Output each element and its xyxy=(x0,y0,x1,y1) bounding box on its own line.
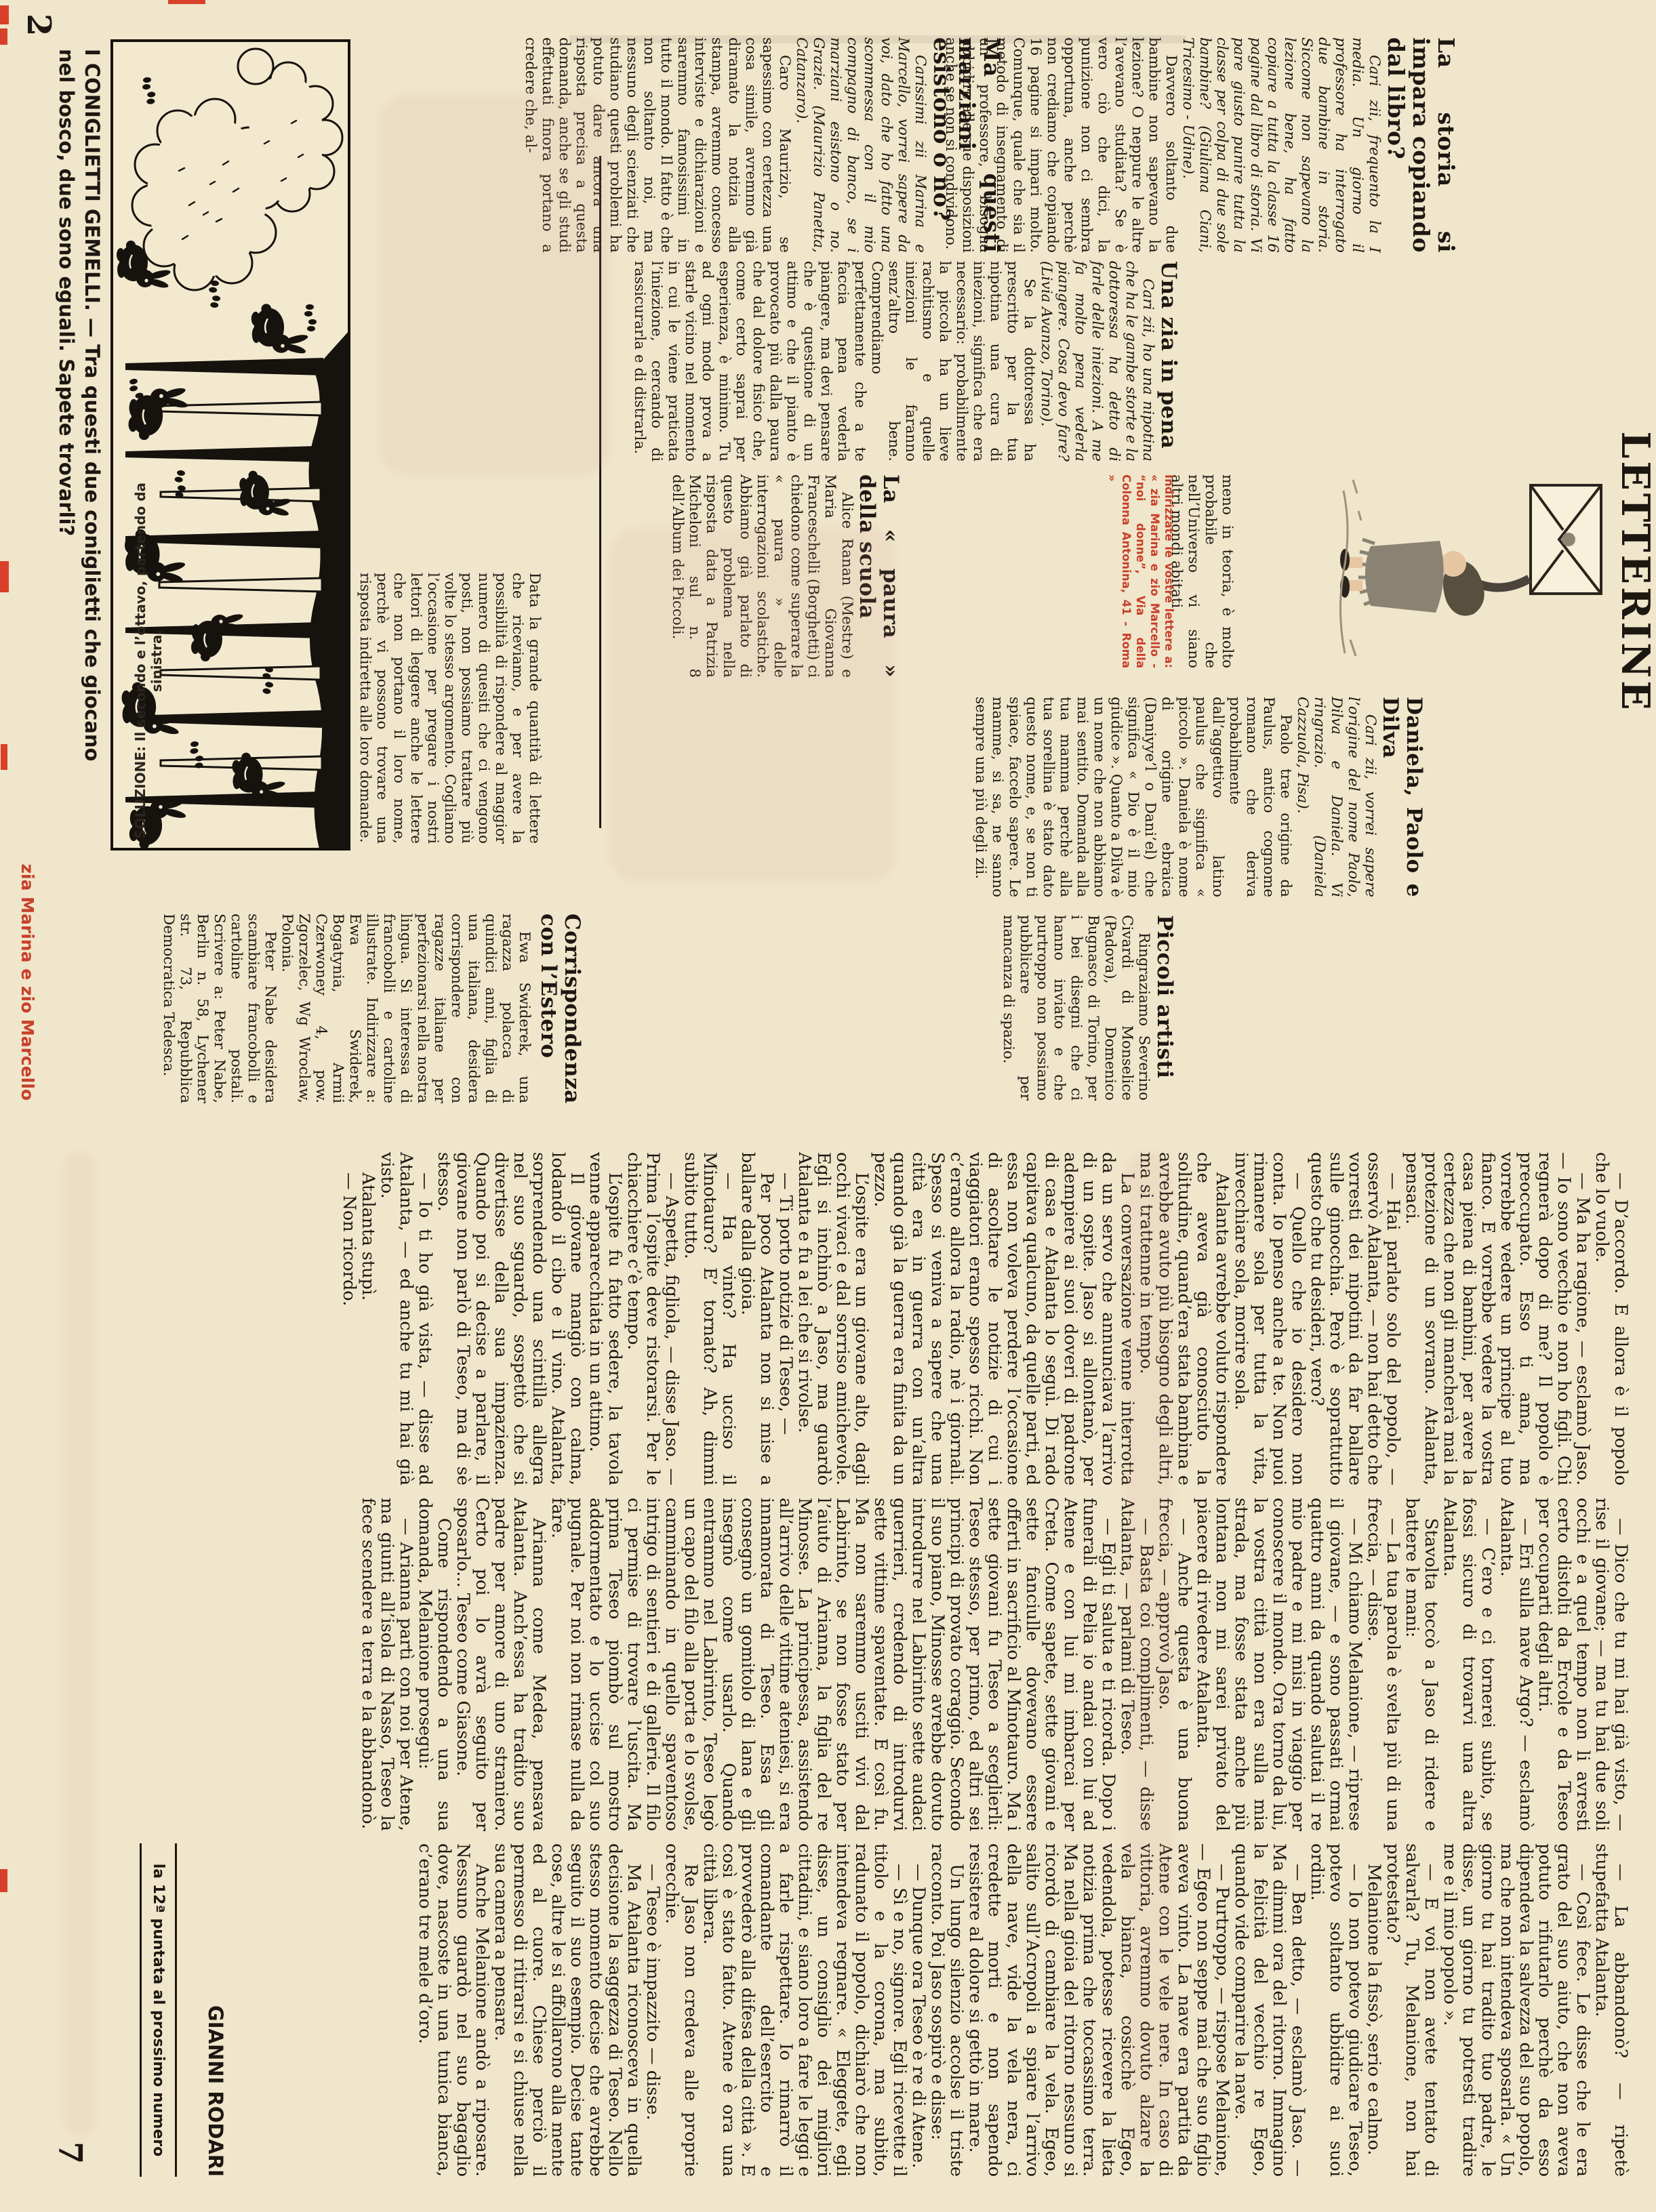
paragraph: — Ben detto, — esclamò Jaso. — Ma dimmi … xyxy=(1232,1843,1308,2177)
print-registration-mark xyxy=(0,561,9,592)
article-marziani-continuation: meno in teoria, è molto probabile che ne… xyxy=(1168,474,1236,668)
paragraph: — Arianna partì con noi per Atene, ma gi… xyxy=(359,1498,416,1831)
article-piccoli-headline: Piccoli artisti xyxy=(1152,915,1176,1101)
paragraph: — Aspetta, figliola, — disse Jaso. — Pri… xyxy=(624,1152,681,1486)
next-issue-notice: la 12ª puntata al prossimo numero xyxy=(140,1843,177,2177)
page-number-7: 7 xyxy=(51,2142,89,2164)
paragraph: — Purtroppo, — rispose Melanione, — Egeo… xyxy=(966,1843,1232,2177)
article-paura-continuation: Data la grande quantità di lettere che r… xyxy=(357,573,543,844)
masthead-address: Indirizzate le vostre lettere a: « zia M… xyxy=(1105,474,1176,668)
paragraph: — Ma ha ragione, — esclamò Jaso. — Io so… xyxy=(1402,1152,1592,1486)
paragraph: — Eri sulla nave Argo? — esclamò Atalant… xyxy=(1497,1498,1535,1831)
paragraph: Arianna come Medea, pensava Atalanta. An… xyxy=(453,1498,548,1831)
page-showthrough-ghost xyxy=(1125,1152,1173,2155)
paragraph: — La abbandonò? — ripetè stupefatta Atal… xyxy=(1592,1843,1630,2177)
magazine-scan: LETTERINE xyxy=(0,0,1656,2212)
article-piccoli-body: Ringraziamo Severino Civardi di Monselic… xyxy=(1000,915,1152,1101)
article-daniela-letter: Cari zii, vorrei sapere l’origine del no… xyxy=(1294,697,1379,897)
print-registration-mark xyxy=(1,744,7,770)
paragraph: — Dico che tu mi hai già visto, — rise i… xyxy=(1535,1498,1630,1831)
paragraph: Ma Atalanta riconosceva in quella decisi… xyxy=(491,1843,643,2177)
article-piccoli: Piccoli artisti Ringraziamo Severino Civ… xyxy=(1000,915,1176,1101)
paragraph: — Egli ti saluta e ti ricorda. Dopo i fu… xyxy=(548,1498,1118,1831)
page-showthrough-ghost xyxy=(380,95,610,474)
paragraph: Re Jaso non credeva alle proprie orecchi… xyxy=(662,1843,700,2177)
paragraph: L’ospite era un giovane alto, dagli occh… xyxy=(795,1152,871,1486)
paragraph: Stavolta toccò a Jaso di ridere e batter… xyxy=(1402,1498,1440,1831)
paragraph: Anche Melanione andò a riposare. Nessuno… xyxy=(416,1843,491,2177)
paragraph: Come rispondendo a una sua domanda, Mela… xyxy=(416,1498,453,1831)
article-daniela-headline: Daniela, Paolo e Dilva xyxy=(1379,697,1426,897)
letterine-masthead: LETTERINE xyxy=(1339,426,1655,718)
paragraph: Il giovane mangiò con calma, lodando il … xyxy=(435,1152,586,1486)
mail-boy-illustration xyxy=(1339,470,1611,674)
paragraph: — Mi chiamo Melanione, — riprese il giov… xyxy=(1194,1498,1365,1831)
article-marziani-headline: Ma questi marziani esistono o no? xyxy=(929,37,1004,253)
paragraph: — E voi non avete tentato di salvarla? T… xyxy=(1384,1843,1440,2177)
masthead-title: LETTERINE xyxy=(1616,426,1655,718)
page-number-2: 2 xyxy=(20,14,58,36)
paragraph: Atalanta stupì. xyxy=(359,1152,378,1486)
scan-artifact-streak xyxy=(569,35,1186,43)
paragraph: — Sì e no, signore. Egli ricevette il ti… xyxy=(700,1843,909,2177)
puzzle-caption: I CONIGLIETTI GEMELLI. — Tra questi due … xyxy=(54,49,105,786)
article-storia-headline: La storia si impara copiando dal libro? xyxy=(1383,37,1458,253)
article-zia: Una zia in pena Cari zii, ho una nipotin… xyxy=(631,261,1180,462)
page-showthrough-ghost xyxy=(610,529,895,881)
paragraph: Un lungo silenzio accolse il triste racc… xyxy=(928,1843,966,2177)
article-zia-response: Se la dottoressa ha prescritto per la tu… xyxy=(631,261,1038,462)
paragraph: — D’accordo. E allora è il popolo che lo… xyxy=(1592,1152,1630,1486)
article-daniela-response: Paolo trae origine da Paulus, antico cog… xyxy=(972,697,1294,897)
paragraph: Per poco Atalanta non si mise a ballare … xyxy=(738,1152,776,1486)
article-zia-letter: Cari zii, ho una nipotina che ha le gamb… xyxy=(1038,261,1156,462)
paragraph: — Io non potevo giudicare Teseo, potevo … xyxy=(1308,1843,1365,2177)
paragraph: — Io ti ho già vista, — disse ad Atalant… xyxy=(378,1152,435,1486)
paragraph: Melanione la fissò, serio e calmo. xyxy=(1365,1843,1384,2177)
paragraph: — Dunque ora Teseo è re di Atene. xyxy=(909,1843,928,2177)
paragraph: — Ti porto notizie di Teseo, — xyxy=(776,1152,795,1486)
paragraph: L’ospite fu fatto sedere, la tavola venn… xyxy=(586,1152,624,1486)
paragraph: — Quello che io desidero non conta. Io p… xyxy=(1232,1152,1308,1486)
paragraph: — Così fece. Le disse che le era grato d… xyxy=(1440,1843,1592,2177)
article-zia-headline: Una zia in pena xyxy=(1156,261,1180,462)
article-marziani-letter: Carissimi zii Marina e Marcello, vorrei … xyxy=(793,37,929,253)
uncles-signature: zia Marina e zio Marcello xyxy=(18,855,37,1101)
page-7: — D’accordo. E allora è il popolo che lo… xyxy=(0,1106,1656,2212)
paragraph: — Non ricordo. xyxy=(340,1152,359,1486)
article-daniela: Daniela, Paolo e Dilva Cari zii, vorrei … xyxy=(972,697,1426,897)
article-corrispondenza: Corrispondenza con l’Estero Ewa Swiderek… xyxy=(160,914,584,1103)
story-column-1: — D’accordo. E allora è il popolo che lo… xyxy=(71,1152,1630,1486)
article-marziani-continuation-text: meno in teoria, è molto probabile che ne… xyxy=(1168,474,1236,668)
article-paura-continuation-text: Data la grande quantità di lettere che r… xyxy=(357,573,543,844)
story-column-3: — La abbandonò? — ripetè stupefatta Atal… xyxy=(233,1843,1630,2177)
paragraph: — Teseo è impazzito — disse. xyxy=(643,1843,662,2177)
print-registration-mark xyxy=(0,5,9,24)
print-registration-mark xyxy=(168,0,205,4)
story-column-2: — Dico che tu mi hai già visto, — rise i… xyxy=(71,1498,1630,1831)
paragraph: — La tua parola è svelta più di una frec… xyxy=(1365,1498,1402,1831)
article-storia-letter: Cari zii, frequento la I media. Un giorn… xyxy=(1179,37,1383,253)
article-corrispondenza-body: Ewa Swiderek, una ragazza polacca di qui… xyxy=(160,914,533,1103)
print-registration-mark xyxy=(0,1869,7,1892)
story-byline: GIANNI RODARI xyxy=(204,1843,227,2177)
paragraph: Peter Nabe desidera scambiare francoboll… xyxy=(160,914,279,1103)
page-showthrough-ghost xyxy=(64,1152,95,2135)
paragraph: — C’ero e ci tornerei subito, se fossi s… xyxy=(1440,1498,1497,1831)
paragraph: — Hai parlato solo del popolo, — osservò… xyxy=(1308,1152,1402,1486)
print-registration-mark xyxy=(0,28,7,45)
paragraph: La conversazione venne interrotta da un … xyxy=(871,1152,1137,1486)
paragraph: — Ha vinto? Ha ucciso il Minotauro? E’ t… xyxy=(681,1152,738,1486)
paragraph: Ewa Swiderek, una ragazza polacca di qui… xyxy=(279,914,533,1103)
article-corrispondenza-headline: Corrispondenza con l’Estero xyxy=(537,914,584,1103)
article-storia: La storia si impara copiando dal libro? … xyxy=(942,37,1458,253)
puzzle-solution: SOLUZIONE: Il secondo e l’ottavo, parten… xyxy=(132,468,165,854)
